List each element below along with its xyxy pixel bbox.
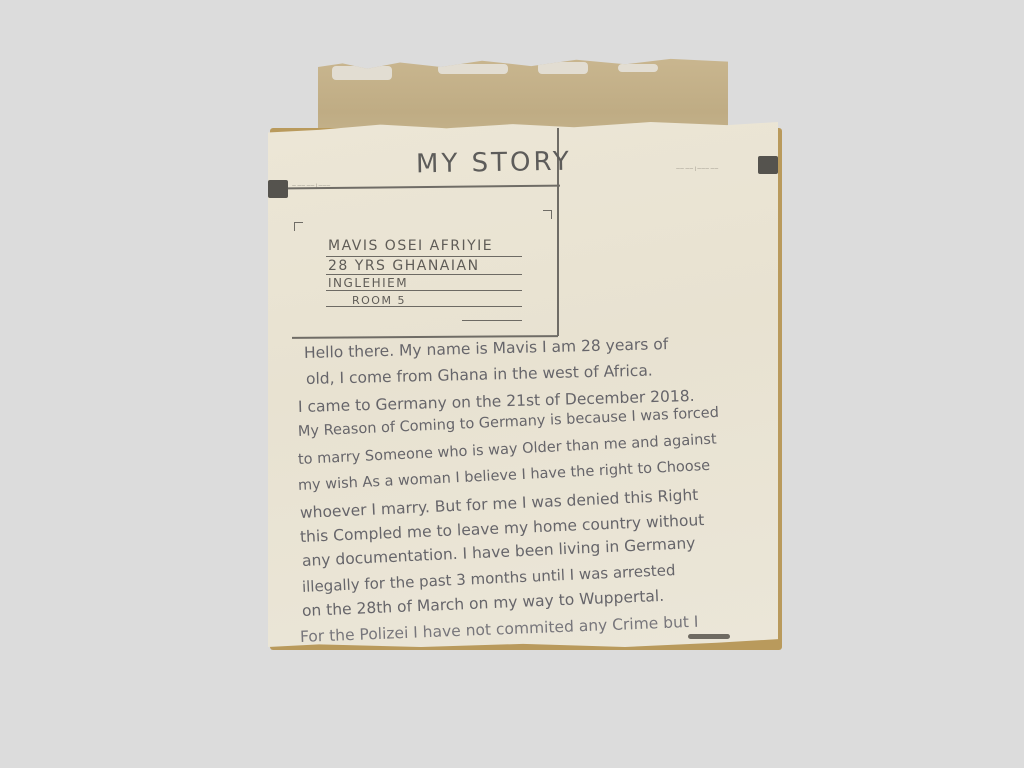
corner-tab: [268, 180, 288, 198]
message-line: old, I come from Ghana in the west of Af…: [306, 362, 653, 388]
address-line: 28 yrs Ghanaian: [328, 258, 480, 274]
fine-print: —— —— | ——— ——: [676, 166, 718, 171]
address-rule: [326, 274, 522, 275]
address-rule: [326, 256, 522, 257]
address-rule: [326, 290, 522, 291]
address-rule: [326, 306, 522, 307]
address-line: Mavis Osei Afriyie: [328, 238, 493, 254]
story-title: MY STORY: [416, 147, 572, 180]
message-line: For the Polizei I have not commited any …: [300, 613, 699, 646]
address-line: Inglehiem: [328, 276, 408, 290]
corner-mark: [543, 210, 552, 219]
bottom-slot: [688, 634, 730, 639]
postcard: — —— —— | ——— —— —— | ——— —— MY STORY Ma…: [268, 122, 778, 647]
photo-scene: — —— —— | ——— —— —— | ——— —— MY STORY Ma…: [0, 0, 1024, 768]
corner-mark: [294, 222, 303, 231]
corner-tab: [758, 156, 778, 174]
message-line: Hello there. My name is Mavis I am 28 ye…: [304, 335, 669, 362]
address-rule: [462, 320, 522, 321]
